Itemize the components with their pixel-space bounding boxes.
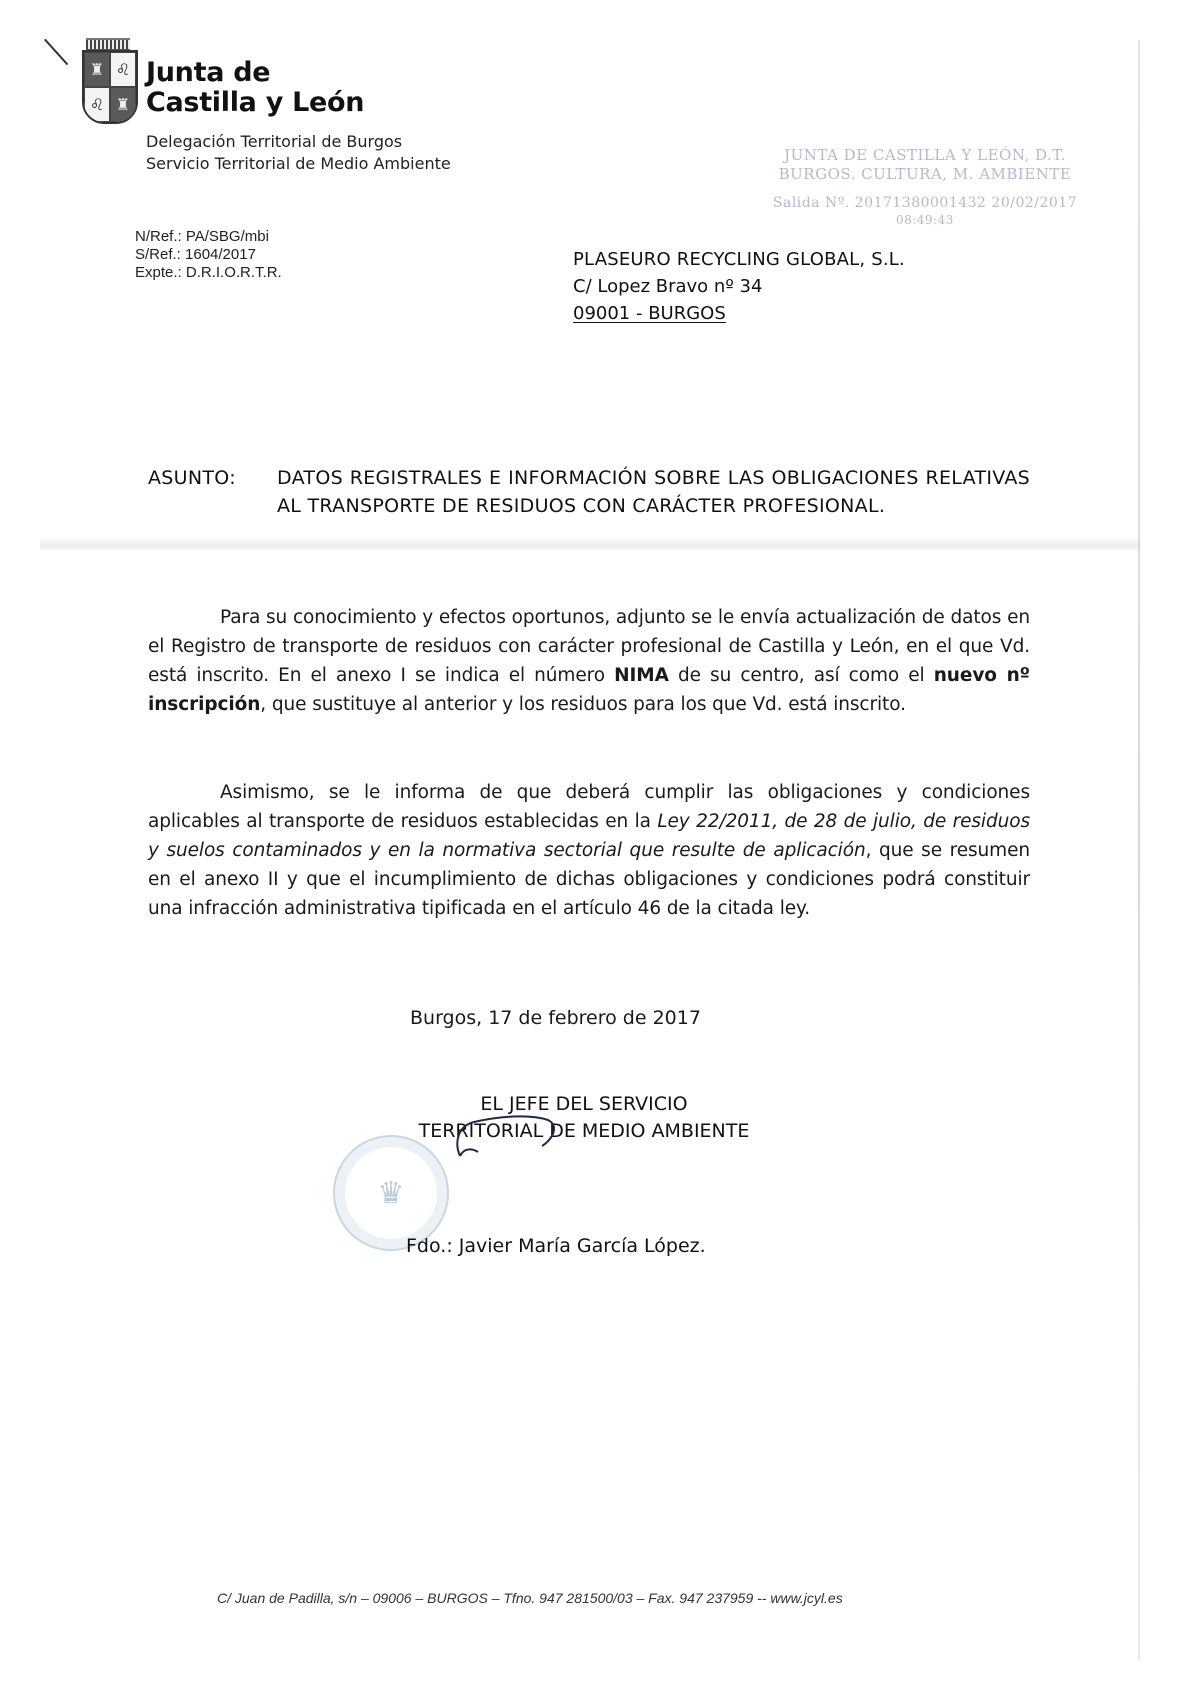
signatory-title-line-1: EL JEFE DEL SERVICIO [384,1091,784,1118]
reference-block: N/Ref.: PA/SBG/mbi S/Ref.: 1604/2017 Exp… [135,228,282,282]
castle-icon: ♜ [110,87,136,122]
stamp-time: 08:49:43 [760,213,1090,227]
official-seal-icon: ♛ [333,1135,449,1251]
coat-of-arms-icon: ♜ ♌ ♌ ♜ [80,38,136,122]
org-line-2: Servicio Territorial de Medio Ambiente [146,153,451,175]
our-reference: N/Ref.: PA/SBG/mbi [135,228,282,246]
addressee-company: PLASEURO RECYCLING GLOBAL, S.L. [573,246,905,273]
org-line-1: Delegación Territorial de Burgos [146,131,451,153]
your-reference: S/Ref.: 1604/2017 [135,246,282,264]
addressee-block: PLASEURO RECYCLING GLOBAL, S.L. C/ Lopez… [573,246,905,327]
footer-contact: C/ Juan de Padilla, s/n – 09006 – BURGOS… [217,1590,843,1606]
body-paragraph-2: Asimismo, se le informa de que deberá cu… [148,778,1030,923]
brand-name: Junta de Castilla y León [146,58,364,118]
scan-page-edge [1138,40,1140,1660]
stamp-exit-number: Salida Nº. 20171380001432 20/02/2017 [760,194,1090,213]
handwritten-signature-icon [450,1112,580,1162]
body-paragraph-1: Para su conocimiento y efectos oportunos… [148,603,1030,719]
brand-line-1: Junta de [146,58,364,88]
stamp-line-1: JUNTA DE CASTILLA Y LEÓN, D.T. [760,146,1090,165]
shield-icon: ♜ ♌ ♌ ♜ [82,50,138,124]
paragraph-text: , que sustituye al anterior y los residu… [260,694,906,715]
lion-icon: ♌ [84,87,110,122]
subject-label: ASUNTO: [148,464,236,492]
paragraph-text: de su centro, así como el [669,665,934,686]
organization-unit: Delegación Territorial de Burgos Servici… [146,131,451,175]
addressee-city: 09001 - BURGOS [573,300,905,327]
signatory-title-line-2: TERRITORIAL DE MEDIO AMBIENTE [384,1118,784,1145]
scan-smudge [40,538,1140,552]
subject-text: DATOS REGISTRALES E INFORMACIÓN SOBRE LA… [277,464,1030,520]
signer-name: Fdo.: Javier María García López. [406,1235,706,1257]
file-reference: Expte.: D.R.I.O.R.T.R. [135,264,282,282]
scan-corner-mark [44,39,68,66]
lion-icon: ♌ [110,52,136,87]
registry-stamp: JUNTA DE CASTILLA Y LEÓN, D.T. BURGOS. C… [760,146,1090,227]
castle-icon: ♜ [84,52,110,87]
stamp-line-2: BURGOS. CULTURA, M. AMBIENTE [760,165,1090,184]
signatory-title: EL JEFE DEL SERVICIO TERRITORIAL DE MEDI… [384,1091,784,1145]
brand-line-2: Castilla y León [146,88,364,118]
letter-date: Burgos, 17 de febrero de 2017 [410,1007,701,1029]
addressee-street: C/ Lopez Bravo nº 34 [573,273,905,300]
nima-emphasis: NIMA [614,665,669,686]
subject-block: ASUNTO: DATOS REGISTRALES E INFORMACIÓN … [148,464,1030,520]
